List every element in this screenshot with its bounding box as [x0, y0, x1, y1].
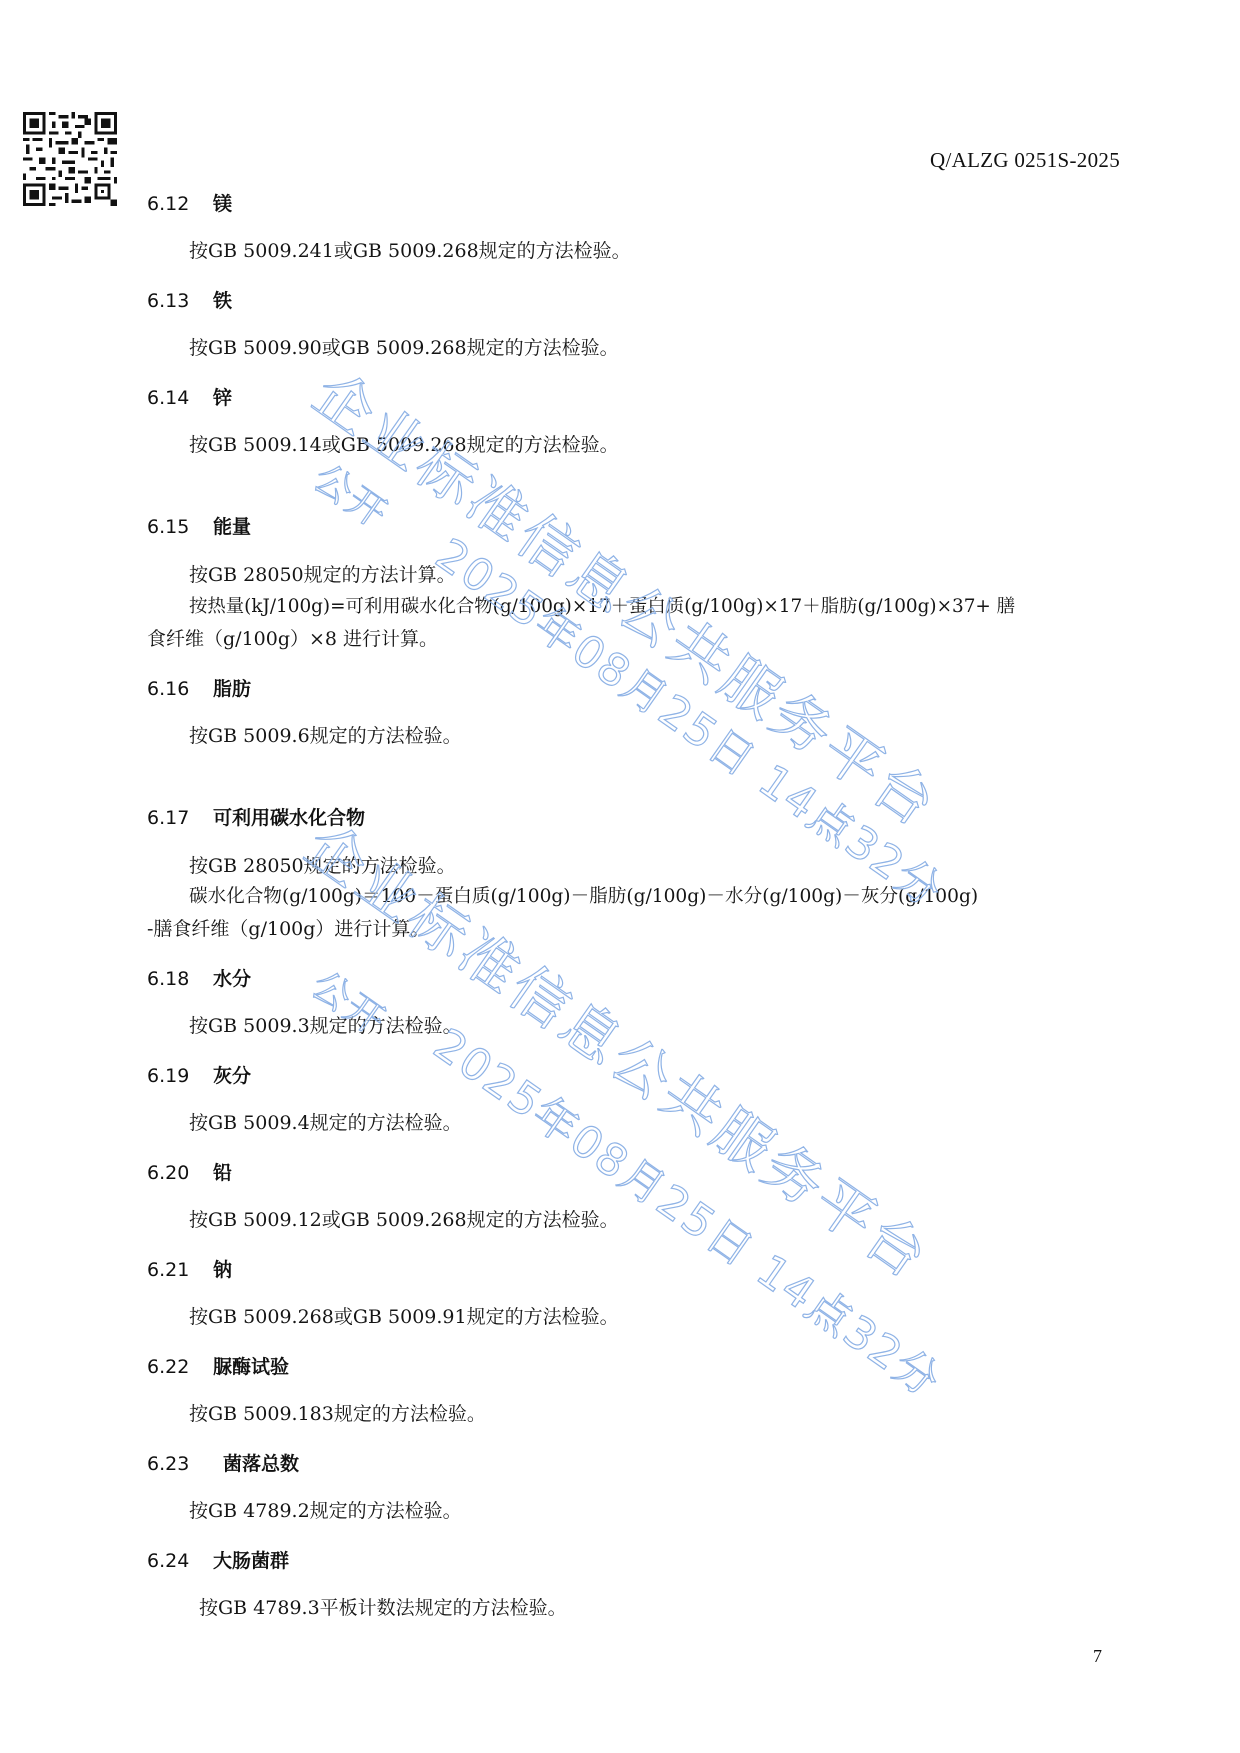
section-paragraph: 按GB 5009.4规定的方法检验。 — [189, 1108, 462, 1135]
section-title: 可利用碳水化合物 — [213, 807, 365, 829]
section-title: 铁 — [213, 290, 232, 312]
section-title: 菌落总数 — [223, 1453, 299, 1475]
section-number: 6.23 — [147, 1453, 223, 1475]
section-paragraph: 按GB 28050规定的方法计算。 — [189, 560, 456, 587]
section-number: 6.13 — [147, 290, 213, 312]
section-heading-6-21: 6.21钠 — [147, 1255, 232, 1282]
section-paragraph: 按GB 5009.90或GB 5009.268规定的方法检验。 — [189, 333, 619, 360]
watermark-timestamp: 2025年08月25日 14点32分 — [425, 520, 958, 920]
section-paragraph: 按GB 5009.241或GB 5009.268规定的方法检验。 — [189, 236, 631, 263]
section-paragraph: 按GB 5009.14或GB 5009.268规定的方法检验。 — [189, 430, 619, 457]
document-code: Q/ALZG 0251S-2025 — [930, 148, 1120, 173]
section-title: 锌 — [213, 387, 232, 409]
page-number: 7 — [1093, 1646, 1102, 1667]
section-heading-6-19: 6.19灰分 — [147, 1061, 251, 1088]
qr-code-icon — [22, 112, 118, 206]
section-heading-6-14: 6.14锌 — [147, 383, 232, 410]
section-title: 钠 — [213, 1259, 232, 1281]
section-number: 6.16 — [147, 678, 213, 700]
section-paragraph: -膳食纤维（g/100g）进行计算。 — [147, 914, 429, 941]
section-title: 水分 — [213, 968, 251, 990]
section-heading-6-23: 6.23菌落总数 — [147, 1449, 299, 1476]
section-heading-6-17: 6.17可利用碳水化合物 — [147, 803, 365, 830]
section-heading-6-13: 6.13铁 — [147, 286, 232, 313]
section-number: 6.21 — [147, 1259, 213, 1281]
section-paragraph: 按GB 5009.268或GB 5009.91规定的方法检验。 — [189, 1302, 619, 1329]
section-number: 6.17 — [147, 807, 213, 829]
section-title: 镁 — [213, 193, 232, 215]
section-paragraph: 按GB 4789.3平板计数法规定的方法检验。 — [199, 1593, 567, 1620]
section-paragraph: 食纤维（g/100g）×8 进行计算。 — [147, 624, 438, 651]
section-number: 6.12 — [147, 193, 213, 215]
section-title: 大肠菌群 — [213, 1550, 289, 1572]
section-title: 脂肪 — [213, 678, 251, 700]
section-title: 脲酶试验 — [213, 1356, 289, 1378]
section-paragraph: 按GB 5009.3规定的方法检验。 — [189, 1011, 462, 1038]
section-paragraph: 碳水化合物(g/100g)＝100－蛋白质(g/100g)－脂肪(g/100g)… — [189, 882, 978, 908]
section-heading-6-16: 6.16脂肪 — [147, 674, 251, 701]
section-heading-6-18: 6.18水分 — [147, 964, 251, 991]
section-number: 6.20 — [147, 1162, 213, 1184]
section-number: 6.15 — [147, 516, 213, 538]
section-paragraph: 按热量(kJ/100g)=可利用碳水化合物(g/100g)×17＋蛋白质(g/1… — [189, 592, 1015, 618]
section-paragraph: 按GB 28050规定的方法检验。 — [189, 851, 456, 878]
watermark-public: 公开 — [304, 448, 401, 539]
section-heading-6-22: 6.22脲酶试验 — [147, 1352, 289, 1379]
section-number: 6.18 — [147, 968, 213, 990]
section-number: 6.19 — [147, 1065, 213, 1087]
section-number: 6.14 — [147, 387, 213, 409]
section-title: 灰分 — [213, 1065, 251, 1087]
section-paragraph: 按GB 5009.6规定的方法检验。 — [189, 721, 462, 748]
section-paragraph: 按GB 5009.12或GB 5009.268规定的方法检验。 — [189, 1205, 619, 1232]
section-title: 能量 — [213, 516, 251, 538]
section-number: 6.24 — [147, 1550, 213, 1572]
section-heading-6-24: 6.24大肠菌群 — [147, 1546, 289, 1573]
section-heading-6-12: 6.12镁 — [147, 189, 232, 216]
section-title: 铅 — [213, 1162, 232, 1184]
section-number: 6.22 — [147, 1356, 213, 1378]
section-heading-6-20: 6.20铅 — [147, 1158, 232, 1185]
section-paragraph: 按GB 4789.2规定的方法检验。 — [189, 1496, 462, 1523]
section-paragraph: 按GB 5009.183规定的方法检验。 — [189, 1399, 486, 1426]
section-heading-6-15: 6.15能量 — [147, 512, 251, 539]
